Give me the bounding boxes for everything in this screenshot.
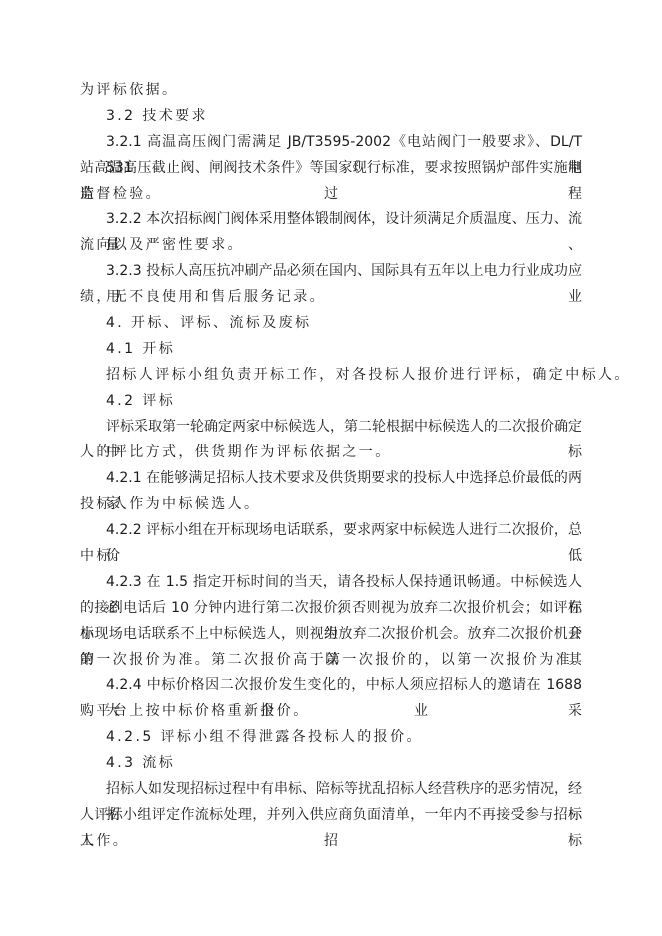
section-heading-4-3: 4.3 流标 — [80, 751, 582, 777]
document-page: 为评标依据。 3.2 技术要求 3.2.1 高温高压阀门需满足 JB/T3595… — [0, 0, 662, 936]
paragraph-line: 3.2.2 本次招标阀门阀体采用整体锻制阀体，设计须满足介质温度、压力、流量、 — [80, 207, 582, 233]
paragraph-line: 4.2.1 在能够满足招标人技术要求及供货期要求的投标人中选择总价最低的两家 — [80, 466, 582, 492]
paragraph-line: 招标人评标小组负责开标工作，对各投标人报价进行评标，确定中标人。 — [80, 363, 582, 389]
section-heading-4-2: 4.2 评标 — [80, 389, 582, 415]
paragraph-line: 招标人如发现招标过程中有串标、陪标等扰乱招标人经营秩序的恶劣情况，经招标 — [80, 777, 582, 803]
section-heading-4: 4. 开标、评标、流标及废标 — [80, 311, 582, 337]
section-heading-3-2: 3.2 技术要求 — [80, 104, 582, 130]
paragraph-line: 评标采取第一轮确定两家中标候选人，第二轮根据中标候选人的二次报价确定中标 — [80, 415, 582, 441]
paragraph-line: 为评标依据。 — [80, 78, 582, 104]
paragraph-line: 站高温高压截止阀、闸阀技术条件》等国家现行标准，要求按照锅炉部件实施制造过程 — [80, 156, 582, 182]
paragraph-line: 3.2.1 高温高压阀门需满足 JB/T3595-2002《电站阀门一般要求》、… — [80, 130, 582, 156]
paragraph-line: 3.2.3 投标人高压抗冲刷产品必须在国内、国际具有五年以上电力行业成功应用业 — [80, 259, 582, 285]
paragraph-line: 4.2.4 中标价格因二次报价发生变化的，中标人须应招标人的邀请在 1688 大… — [80, 673, 582, 699]
paragraph-line: 投标人作为中标候选人。 — [80, 492, 582, 518]
paragraph-line: 人评标小组评定作流标处理，并列入供应商负面清单，一年内不再接受参与招标人招标 — [80, 803, 582, 829]
section-heading-4-1: 4.1 开标 — [80, 337, 582, 363]
paragraph-line: 4.2.3 在 1.5 指定开标时间的当天，请各投标人保持通讯畅通。中标候选人必… — [80, 570, 582, 596]
paragraph-line: 标现场电话联系不上中标候选人，则视为放弃二次报价机会。放弃二次报价机会的以其 — [80, 622, 582, 648]
paragraph-line: 4.2.2 评标小组在开标现场电话联系，要求两家中标候选人进行二次报价，总价低 — [80, 518, 582, 544]
paragraph-line: 4.2.5 评标小组不得泄露各投标人的报价。 — [80, 725, 582, 751]
paragraph-line: 的接到电话后 10 分钟内进行第二次报价，否则视为放弃二次报价机会；如评标小组开 — [80, 596, 582, 622]
document-body: 为评标依据。 3.2 技术要求 3.2.1 高温高压阀门需满足 JB/T3595… — [80, 78, 582, 855]
paragraph-line: 第一次报价为准。第二次报价高于第一次报价的，以第一次报价为准。 — [80, 648, 582, 674]
